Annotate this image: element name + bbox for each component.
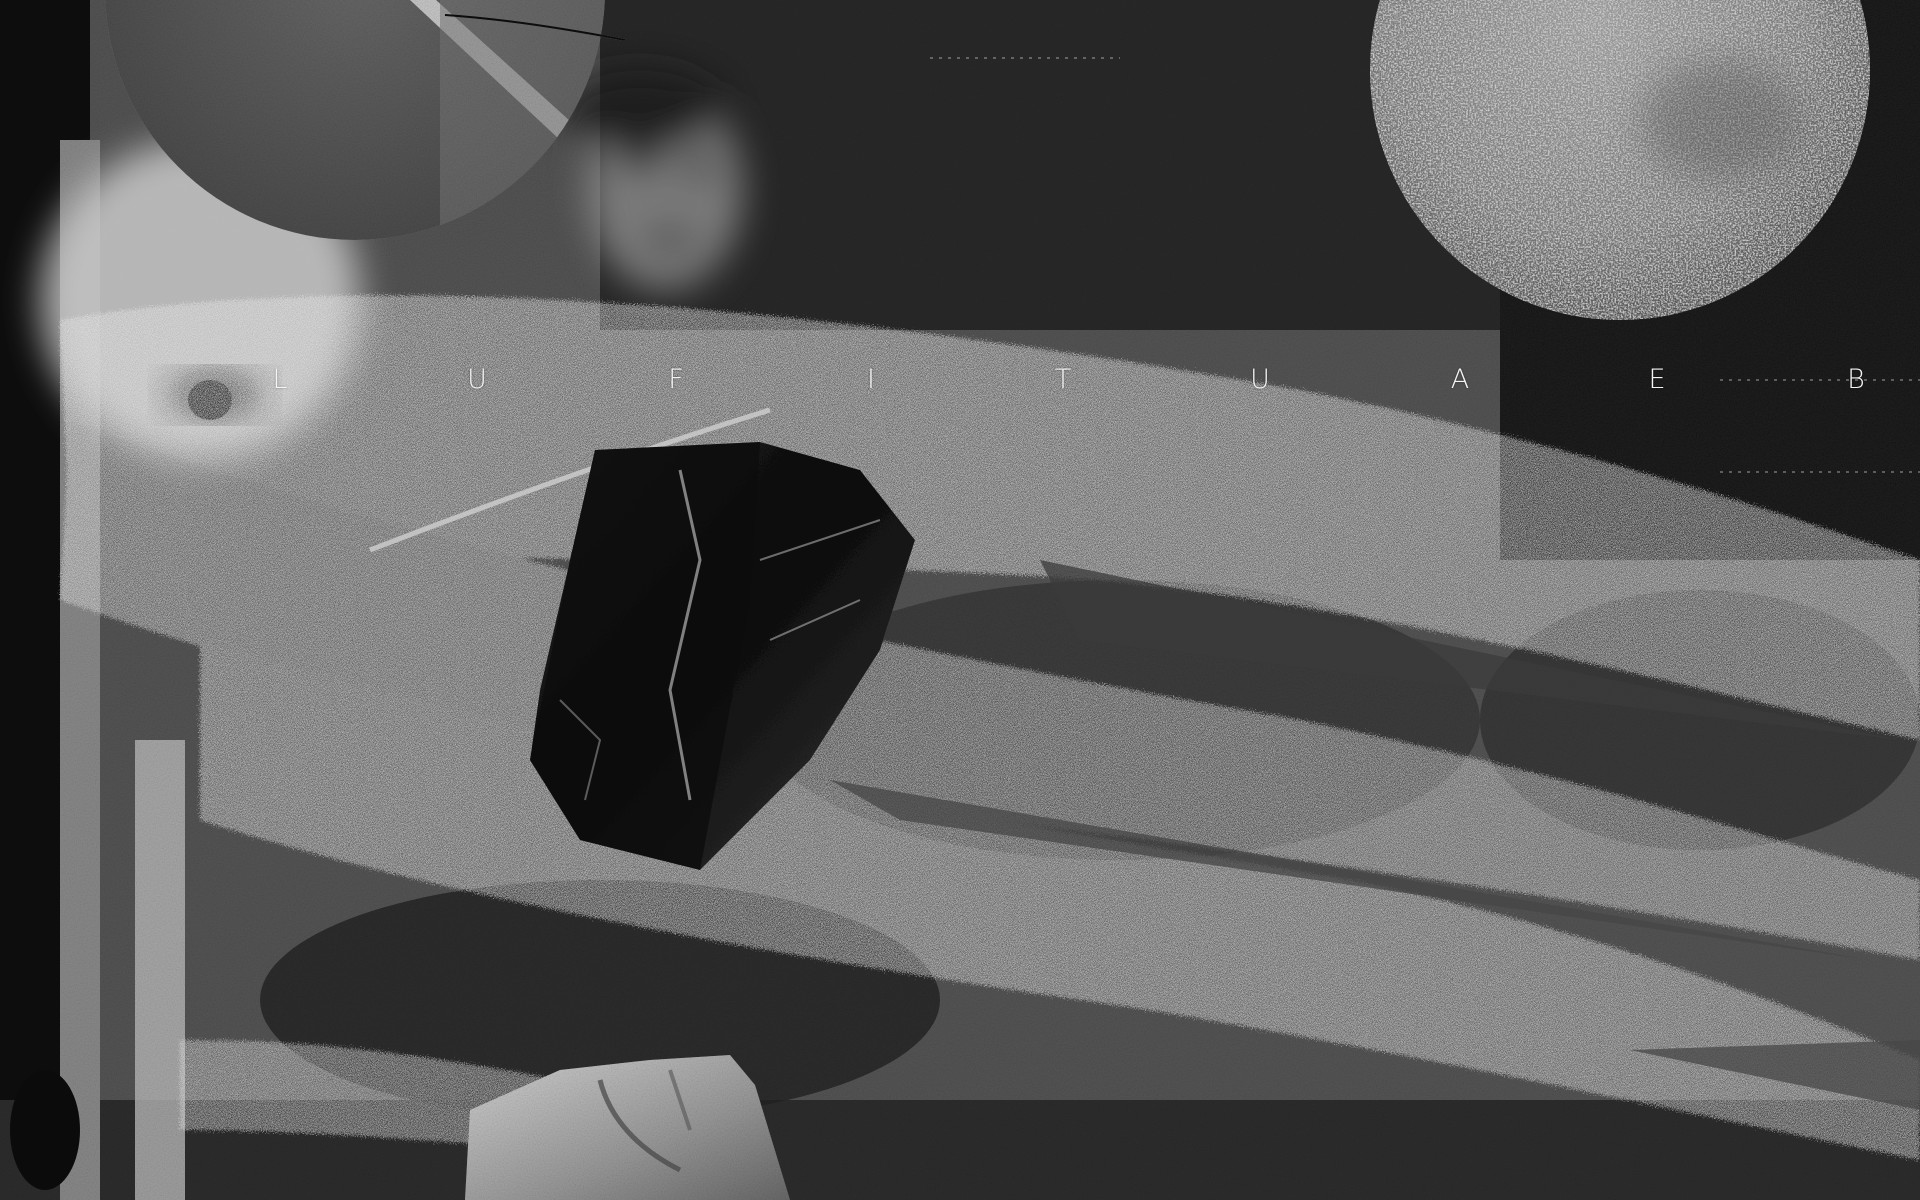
- title-letter: L: [265, 362, 295, 398]
- title-letter: F: [661, 362, 691, 398]
- title-letter: U: [462, 362, 492, 398]
- title-letter: I: [856, 362, 886, 398]
- title-letter: A: [1445, 362, 1475, 398]
- title-letter-row: L U F I T U A E B: [0, 362, 1920, 398]
- title-letter: E: [1642, 362, 1672, 398]
- collage-artwork: L U F I T U A E B: [0, 0, 1920, 1200]
- title-letter: U: [1245, 362, 1275, 398]
- collage-canvas: [0, 0, 1920, 1200]
- title-letter: T: [1048, 362, 1078, 398]
- title-letter: B: [1841, 362, 1871, 398]
